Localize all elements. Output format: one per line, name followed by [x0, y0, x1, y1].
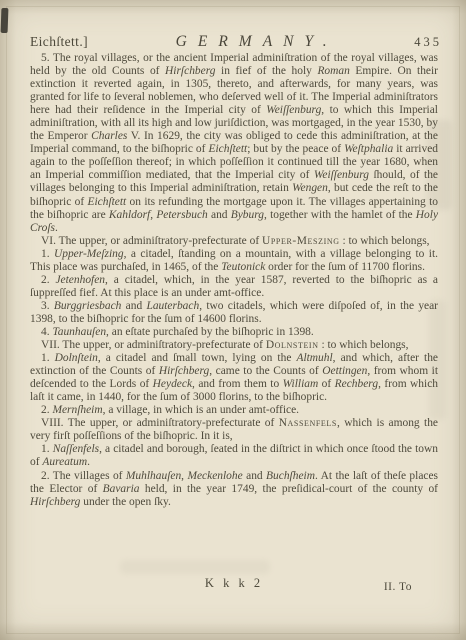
text-run-italic: Eichſtett — [208, 143, 247, 155]
paragraph: 2. Mernſheim, a village, in which is an … — [30, 404, 438, 417]
printer-signature: K k k 2 — [30, 576, 438, 591]
text-run: 1. — [41, 248, 54, 260]
text-run-italic: Taunhauſen — [52, 326, 106, 338]
paragraph: 1. Upper-Meſzing, a citadel, ſtanding on… — [30, 248, 438, 274]
text-run: and — [121, 300, 146, 312]
page-title: GERMANY. — [88, 33, 414, 51]
text-run-italic: Petersbuch — [156, 209, 207, 221]
text-run: under the open ſky. — [80, 496, 170, 508]
text-run: VIII. The upper, or adminiſtratory-prefe… — [41, 417, 279, 429]
page-header: Eichſtett.] GERMANY. 435 — [30, 33, 442, 51]
text-run-italic: Charles — [91, 130, 127, 142]
text-run-italic: Wengen — [292, 182, 328, 194]
text-run-italic: Weiſſenburg — [314, 169, 369, 181]
text-run-italic: Muhlhauſen — [126, 470, 181, 482]
text-run: , a village, in which is an under amt-of… — [103, 404, 299, 416]
page-number: 435 — [414, 35, 442, 50]
text-run: and — [243, 470, 266, 482]
text-run: held, in the year 1749, the preſidical-c… — [139, 483, 438, 495]
paragraph: 2. Jetenhofen, a citadel, which, in the … — [30, 274, 438, 300]
text-run-smallcaps: Upper-Meszing — [262, 235, 340, 247]
paragraph: 1. Naſſenfels, a citadel and borough, ſe… — [30, 443, 438, 469]
text-run: in fief of the holy — [215, 65, 317, 77]
text-run: 2. — [41, 274, 55, 286]
text-run-italic: Upper-Meſzing — [54, 248, 124, 260]
text-run-italic: Dolnſtein — [55, 352, 98, 364]
paragraph: 4. Taunhauſen, an eſtate purchaſed by th… — [30, 326, 438, 339]
scan-artifact-mark — [1, 8, 9, 33]
text-run-italic: Roman — [317, 65, 349, 77]
text-run: 3. — [41, 300, 54, 312]
text-run: 1. — [41, 443, 53, 455]
text-run-italic: Altmuhl — [296, 352, 332, 364]
text-run-smallcaps: Nassenfels — [279, 417, 337, 429]
text-run-italic: Kahldorf — [109, 209, 150, 221]
body-text: 5. The royal villages, or the ancient Im… — [30, 52, 438, 509]
book-page: Eichſtett.] GERMANY. 435 5. The royal vi… — [0, 0, 466, 640]
text-run-italic: Naſſenfels — [53, 443, 99, 455]
text-run: , an eſtate purchaſed by the biſhopric i… — [106, 326, 314, 338]
text-run: ; but by the peace of — [247, 143, 344, 155]
text-run: , together with the hamlet of the — [264, 209, 416, 221]
paragraph: VIII. The upper, or adminiſtratory-prefe… — [30, 417, 438, 443]
paragraph: VI. The upper, or adminiſtratory-prefect… — [30, 235, 438, 248]
text-run: VII. The upper, or adminiſtratory-prefec… — [41, 339, 266, 351]
text-run: 2. The villages of — [41, 470, 126, 482]
text-run-italic: Aureatum — [42, 456, 87, 468]
text-run-italic: Eichſtett — [87, 196, 126, 208]
text-run: 1. — [41, 352, 55, 364]
text-run-italic: Oettingen — [322, 365, 367, 377]
paragraph: 5. The royal villages, or the ancient Im… — [30, 52, 438, 235]
text-run-italic: Byburg — [231, 209, 264, 221]
text-run-italic: Weſtphalia — [344, 143, 393, 155]
text-run: 2. — [41, 404, 52, 416]
text-run-italic: Hirſchberg — [159, 365, 209, 377]
text-run: VI. The upper, or adminiſtratory-prefect… — [41, 235, 262, 247]
text-run: . — [87, 456, 90, 468]
text-run-italic: Bavaria — [103, 483, 140, 495]
text-run-italic: Buchſheim — [266, 470, 315, 482]
text-run-italic: Burggriesbach — [54, 300, 122, 312]
text-run: of — [318, 378, 334, 390]
text-run-italic: Meckenlohe — [187, 470, 242, 482]
text-run-italic: Hirſchberg — [30, 496, 80, 508]
paragraph: 1. Dolnſtein, a citadel and ſmall town, … — [30, 352, 438, 404]
text-run-italic: Jetenhofen — [55, 274, 105, 286]
text-run-italic: Lauterbach — [146, 300, 199, 312]
ink-bleed-smudge — [120, 560, 270, 574]
running-head: Eichſtett.] — [30, 34, 88, 50]
text-run-italic: Rechberg — [335, 378, 378, 390]
text-run: . — [55, 222, 58, 234]
paragraph: VII. The upper, or adminiſtratory-prefec… — [30, 339, 438, 352]
text-run-italic: Weiſſenburg — [266, 104, 321, 116]
text-run: : to which belongs, — [319, 339, 409, 351]
text-run-italic: Teutonick — [221, 261, 265, 273]
text-run-smallcaps: Dolnstein — [266, 339, 319, 351]
paragraph: 2. The villages of Muhlhauſen, Meckenloh… — [30, 470, 438, 509]
text-run-italic: Hirſchberg — [165, 65, 215, 77]
paragraph: 3. Burggriesbach and Lauterbach, two cit… — [30, 300, 438, 326]
text-run: 4. — [41, 326, 52, 338]
text-run: , came to the Counts of — [209, 365, 322, 377]
text-run-italic: William — [283, 378, 319, 390]
text-run: and — [208, 209, 231, 221]
text-run: , and from them to — [192, 378, 283, 390]
text-run: , a citadel and ſmall town, lying on the — [98, 352, 297, 364]
text-run: : to which belongs, — [340, 235, 430, 247]
text-run-italic: Mernſheim — [52, 404, 102, 416]
text-run: order for the ſum of 11700 florins. — [265, 261, 425, 273]
catchword: II. To — [384, 581, 412, 593]
text-run-italic: Heydeck — [153, 378, 192, 390]
